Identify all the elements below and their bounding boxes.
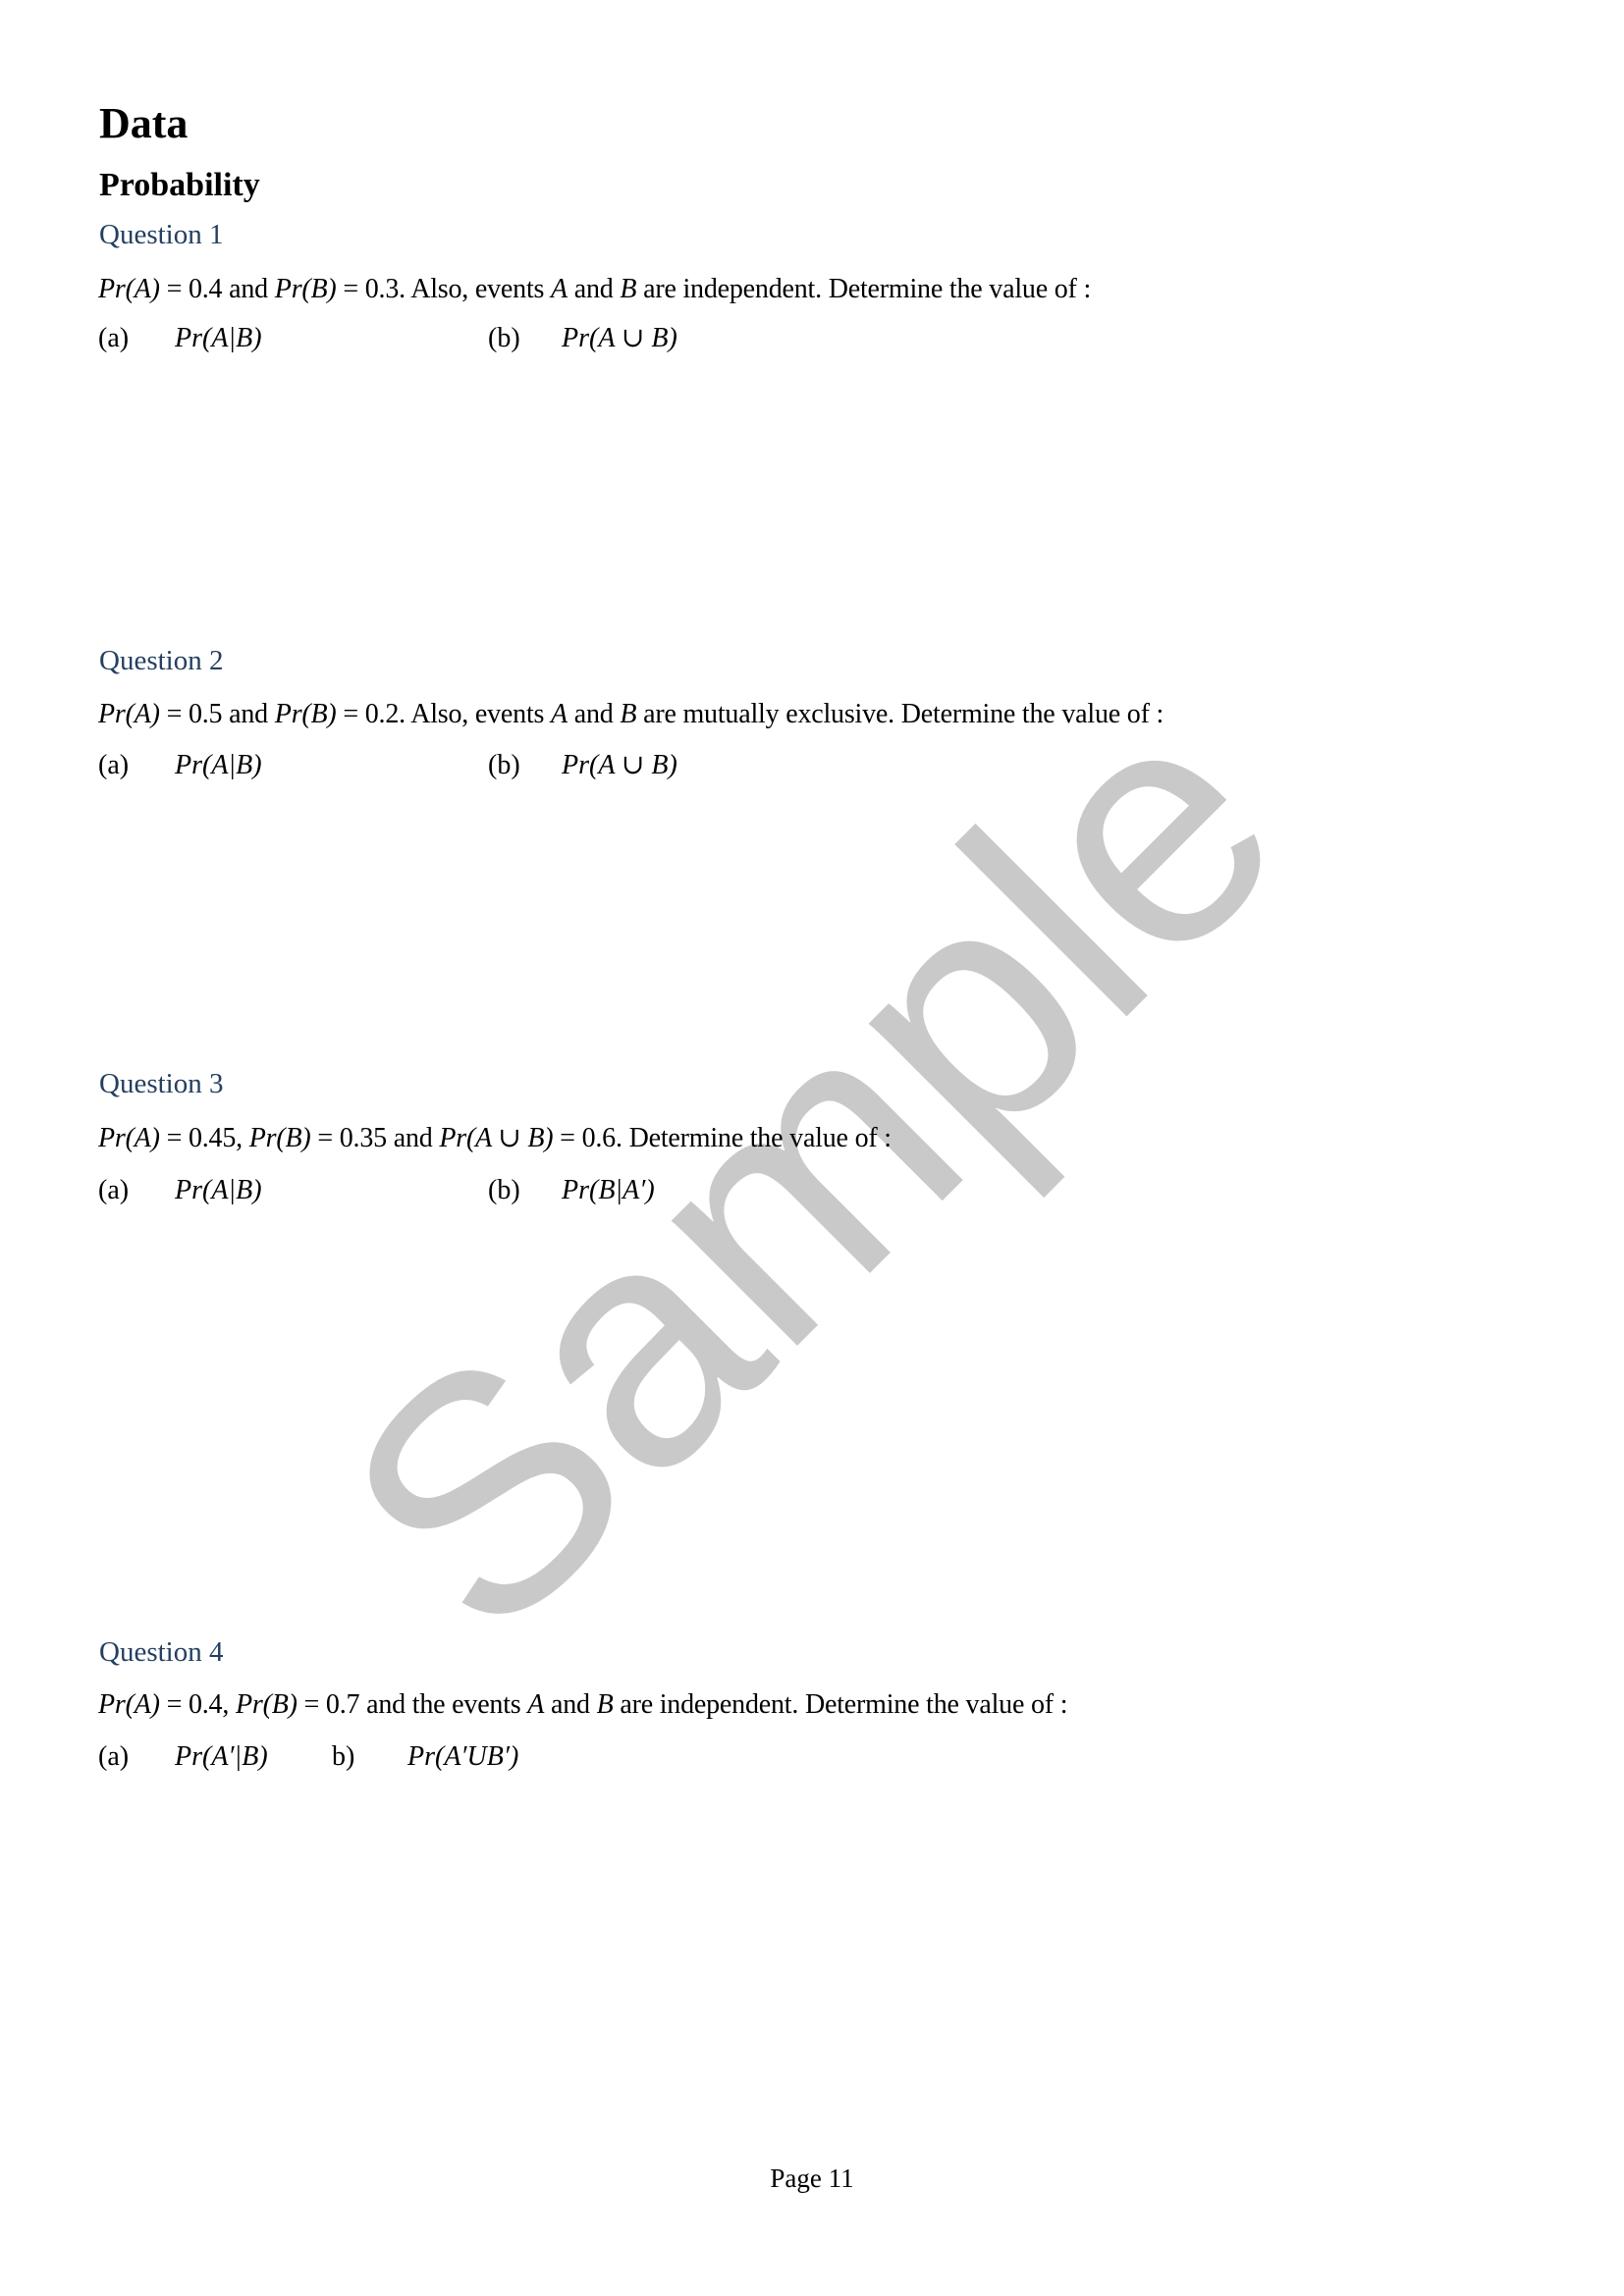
page-title: Data — [99, 102, 188, 145]
statement-text: and — [568, 699, 620, 729]
question-heading: Question 2 — [99, 647, 223, 675]
math-expression: A — [551, 699, 568, 729]
question-statement: Pr(A) = 0.4 and Pr(B) = 0.3. Also, event… — [98, 276, 1091, 303]
part-a-expression: Pr(A|B) — [175, 325, 262, 352]
part-a-expression: Pr(A|B) — [175, 1177, 262, 1204]
part-a-label: (a) — [98, 1177, 129, 1204]
question-statement: Pr(A) = 0.4, Pr(B) = 0.7 and the events … — [98, 1691, 1067, 1719]
math-expression: Pr(B) — [275, 274, 337, 304]
question-heading: Question 4 — [99, 1638, 223, 1667]
part-b-expression: Pr(A ∪ B) — [562, 752, 677, 779]
math-expression: B — [597, 1689, 614, 1720]
section-heading: Probability — [99, 169, 260, 202]
statement-text: = 0.35 and — [311, 1123, 440, 1153]
statement-text: = 0.2. Also, events — [337, 699, 551, 729]
statement-text: are independent. Determine the value of … — [614, 1689, 1068, 1720]
math-expression: Pr(A) — [98, 1689, 160, 1720]
math-expression: B — [620, 274, 636, 304]
part-a-label: (a) — [98, 325, 129, 352]
statement-text: = 0.4 and — [160, 274, 275, 304]
question-heading: Question 3 — [99, 1070, 223, 1098]
statement-text: and — [544, 1689, 596, 1720]
statement-text: = 0.7 and the events — [298, 1689, 528, 1720]
page-number: Page 11 — [0, 2165, 1624, 2192]
question-statement: Pr(A) = 0.45, Pr(B) = 0.35 and Pr(A ∪ B)… — [98, 1125, 892, 1152]
part-b-label: (b) — [488, 325, 520, 352]
math-expression: Pr(A) — [98, 699, 160, 729]
document-page: Sample Data Probability Question 1 Pr(A)… — [0, 0, 1624, 2296]
math-expression: Pr(A ∪ B) — [439, 1123, 553, 1153]
statement-text: are mutually exclusive. Determine the va… — [636, 699, 1164, 729]
math-expression: B — [620, 699, 636, 729]
statement-text: = 0.45, — [160, 1123, 249, 1153]
part-b-label: b) — [332, 1743, 354, 1771]
part-a-expression: Pr(A|B) — [175, 752, 262, 779]
part-b-label: (b) — [488, 752, 520, 779]
statement-text: are independent. Determine the value of … — [636, 274, 1091, 304]
part-a-expression: Pr(A′|B) — [175, 1743, 268, 1771]
part-b-expression: Pr(A′UB′) — [407, 1743, 518, 1771]
math-expression: A — [527, 1689, 544, 1720]
part-b-label: (b) — [488, 1177, 520, 1204]
math-expression: Pr(A) — [98, 274, 160, 304]
page-content: Data Probability Question 1 Pr(A) = 0.4 … — [0, 0, 1624, 2296]
question-heading: Question 1 — [99, 221, 223, 249]
part-a-label: (a) — [98, 1743, 129, 1771]
math-expression: Pr(A) — [98, 1123, 160, 1153]
math-expression: A — [551, 274, 568, 304]
question-statement: Pr(A) = 0.5 and Pr(B) = 0.2. Also, event… — [98, 701, 1164, 728]
statement-text: and — [568, 274, 620, 304]
part-b-expression: Pr(A ∪ B) — [562, 325, 677, 352]
math-expression: Pr(B) — [236, 1689, 298, 1720]
math-expression: Pr(B) — [249, 1123, 311, 1153]
statement-text: = 0.4, — [160, 1689, 236, 1720]
part-a-label: (a) — [98, 752, 129, 779]
statement-text: = 0.6. Determine the value of : — [553, 1123, 892, 1153]
part-b-expression: Pr(B|A′) — [562, 1177, 655, 1204]
statement-text: = 0.5 and — [160, 699, 275, 729]
statement-text: = 0.3. Also, events — [337, 274, 551, 304]
math-expression: Pr(B) — [275, 699, 337, 729]
